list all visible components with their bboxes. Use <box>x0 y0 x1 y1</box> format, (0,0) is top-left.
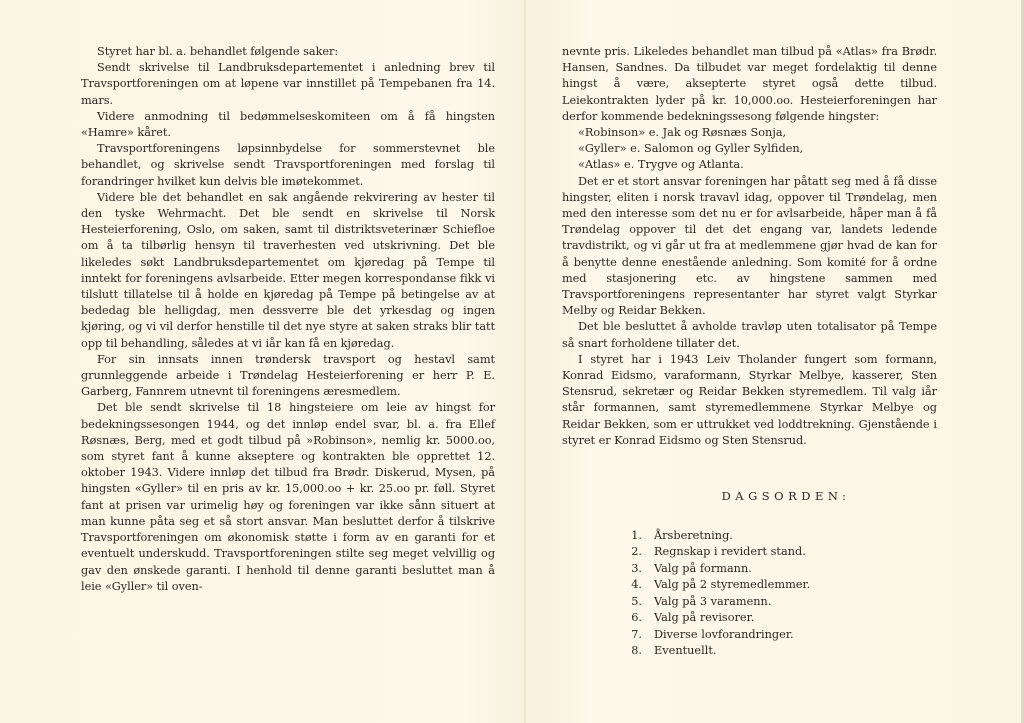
agenda-item: 2.Regnskap i revidert stand. <box>622 544 937 560</box>
agenda-item-number: 4. <box>622 577 642 593</box>
paragraph-styret: I styret har i 1943 Leiv Tholander funge… <box>562 352 937 449</box>
agenda-item-text: Eventuellt. <box>654 643 716 659</box>
paragraph-continuation: nevnte pris. Likeledes behandlet man til… <box>562 44 937 125</box>
agenda-heading: DAGSORDEN: <box>652 489 920 503</box>
agenda-item: 5.Valg på 3 varamenn. <box>622 594 937 610</box>
agenda-item-number: 5. <box>622 594 642 610</box>
page-fold <box>524 0 526 723</box>
left-page: Styret har bl. a. behandlet følgende sak… <box>81 44 495 595</box>
agenda-item-number: 3. <box>622 561 642 577</box>
agenda-item: 4.Valg på 2 styremedlemmer. <box>622 577 937 593</box>
agenda-item: 6.Valg på revisorer. <box>622 610 937 626</box>
stallion-item: «Robinson» e. Jak og Røsnæs Sonja, <box>578 125 937 141</box>
agenda-item-text: Valg på 3 varamenn. <box>654 594 771 610</box>
agenda-item-text: Valg på revisorer. <box>654 610 754 626</box>
agenda-item-number: 1. <box>622 528 642 544</box>
agenda-list: 1.Årsberetning. 2.Regnskap i revidert st… <box>622 528 937 659</box>
paragraph-travlop: Det ble besluttet å avholde travløp uten… <box>562 319 937 351</box>
paragraph-aeresmedlem: For sin innsats innen trøndersk travspor… <box>81 352 495 401</box>
agenda-item-number: 6. <box>622 610 642 626</box>
agenda-item-number: 2. <box>622 544 642 560</box>
paragraph-hingsteiere: Det ble sendt skrivelse til 18 hingsteie… <box>81 400 495 594</box>
stallion-item: «Atlas» e. Trygve og Atlanta. <box>578 157 937 173</box>
agenda-item-text: Diverse lovforandringer. <box>654 627 794 643</box>
agenda-item: 7.Diverse lovforandringer. <box>622 627 937 643</box>
stallion-list: «Robinson» e. Jak og Røsnæs Sonja, «Gyll… <box>562 125 937 174</box>
paragraph-ansvar: Det er et stort ansvar foreningen har på… <box>562 174 937 320</box>
agenda-item-text: Regnskap i revidert stand. <box>654 544 806 560</box>
right-page: nevnte pris. Likeledes behandlet man til… <box>562 44 937 659</box>
agenda-item-text: Valg på formann. <box>654 561 752 577</box>
stallion-item: «Gyller» e. Salomon og Gyller Sylfiden, <box>578 141 937 157</box>
agenda-item-text: Valg på 2 styremedlemmer. <box>654 577 810 593</box>
agenda-item-number: 7. <box>622 627 642 643</box>
paragraph-rekvirering: Videre ble det behandlet en sak angående… <box>81 190 495 352</box>
agenda-item: 1.Årsberetning. <box>622 528 937 544</box>
agenda-item: 8.Eventuellt. <box>622 643 937 659</box>
paragraph-landbruks: Sendt skrivelse til Landbruksdepartement… <box>81 60 495 109</box>
document-spread: Styret har bl. a. behandlet følgende sak… <box>0 0 1024 723</box>
paragraph-hamre: Videre anmodning til bedømmelseskomiteen… <box>81 109 495 141</box>
agenda-item-text: Årsberetning. <box>654 528 733 544</box>
agenda-item-number: 8. <box>622 643 642 659</box>
agenda-item: 3.Valg på formann. <box>622 561 937 577</box>
paragraph-lopsinnbydelse: Travsportforeningens løpsinnbydelse for … <box>81 141 495 190</box>
paragraph-intro: Styret har bl. a. behandlet følgende sak… <box>81 44 495 60</box>
